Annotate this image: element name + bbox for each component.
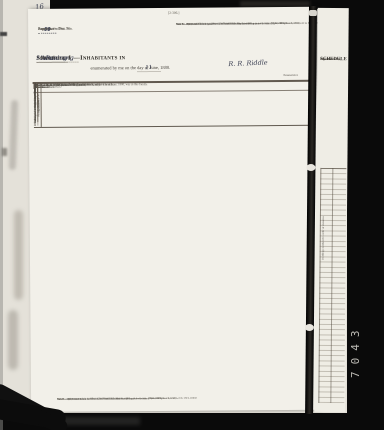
scan-smudge <box>14 210 23 300</box>
scan-smudge <box>8 310 18 370</box>
note-line: Note C.—Questions Nos. 13, 14, 22 and 23… <box>176 22 287 26</box>
scan-smudge <box>60 417 140 425</box>
binding-clip <box>309 10 317 16</box>
enumerator-signature: R. R. Riddle <box>228 58 268 68</box>
header-col-row: Dwelling houses numbered in order of vis… <box>34 81 312 128</box>
enumeration-prefix: enumerated by me on the <box>90 65 136 70</box>
state-field: Pa. <box>36 55 64 63</box>
header-left-block: Page No. 30 Supervisor's Dist. No. 11 En… <box>38 26 158 27</box>
enumeration-day: 11 <box>137 65 160 72</box>
scan-smudge <box>9 100 18 170</box>
footer-notes: Note A.—The Census Year begins June 1, 1… <box>57 396 309 398</box>
binding-rivet <box>305 324 314 331</box>
census-table: Personal Description.Civil Condition.Occ… <box>33 80 311 84</box>
schedule-title-line: Schedule 1.—Inhabitants in Mahoning , in… <box>36 53 312 55</box>
form-code: [2-306.] <box>168 11 179 15</box>
next-page-schedule-title: SCHEDULE 1 <box>320 56 348 63</box>
footer-note-line: Note C.—Questions Nos. 13, 14, 22 and 23… <box>57 397 164 401</box>
column-header: Place of Birth of the Mother of this per… <box>34 83 89 89</box>
next-page-edge: Page No. Supervisor's Dis. Enumeration D… <box>314 8 349 412</box>
scan-smudge <box>2 148 7 156</box>
scan-edge-shadow <box>0 0 3 430</box>
enumeration-dist-value: 16 <box>38 27 56 34</box>
film-edge-marking: 7043 <box>349 248 362 378</box>
scan-smudge <box>0 32 7 36</box>
header-notes: Note A.—The Census Year begins June 1, 1… <box>176 22 310 23</box>
enumerator-label: Enumerator. <box>284 73 299 77</box>
census-scan: 16 [2-306.] Page No. 30 Supervisor's Dis… <box>0 0 384 430</box>
enumeration-line: enumerated by me on the 11 day of June, … <box>90 65 170 71</box>
census-page: [2-306.] Page No. 30 Supervisor's Dist. … <box>28 7 319 412</box>
binding-rivet <box>306 164 315 171</box>
